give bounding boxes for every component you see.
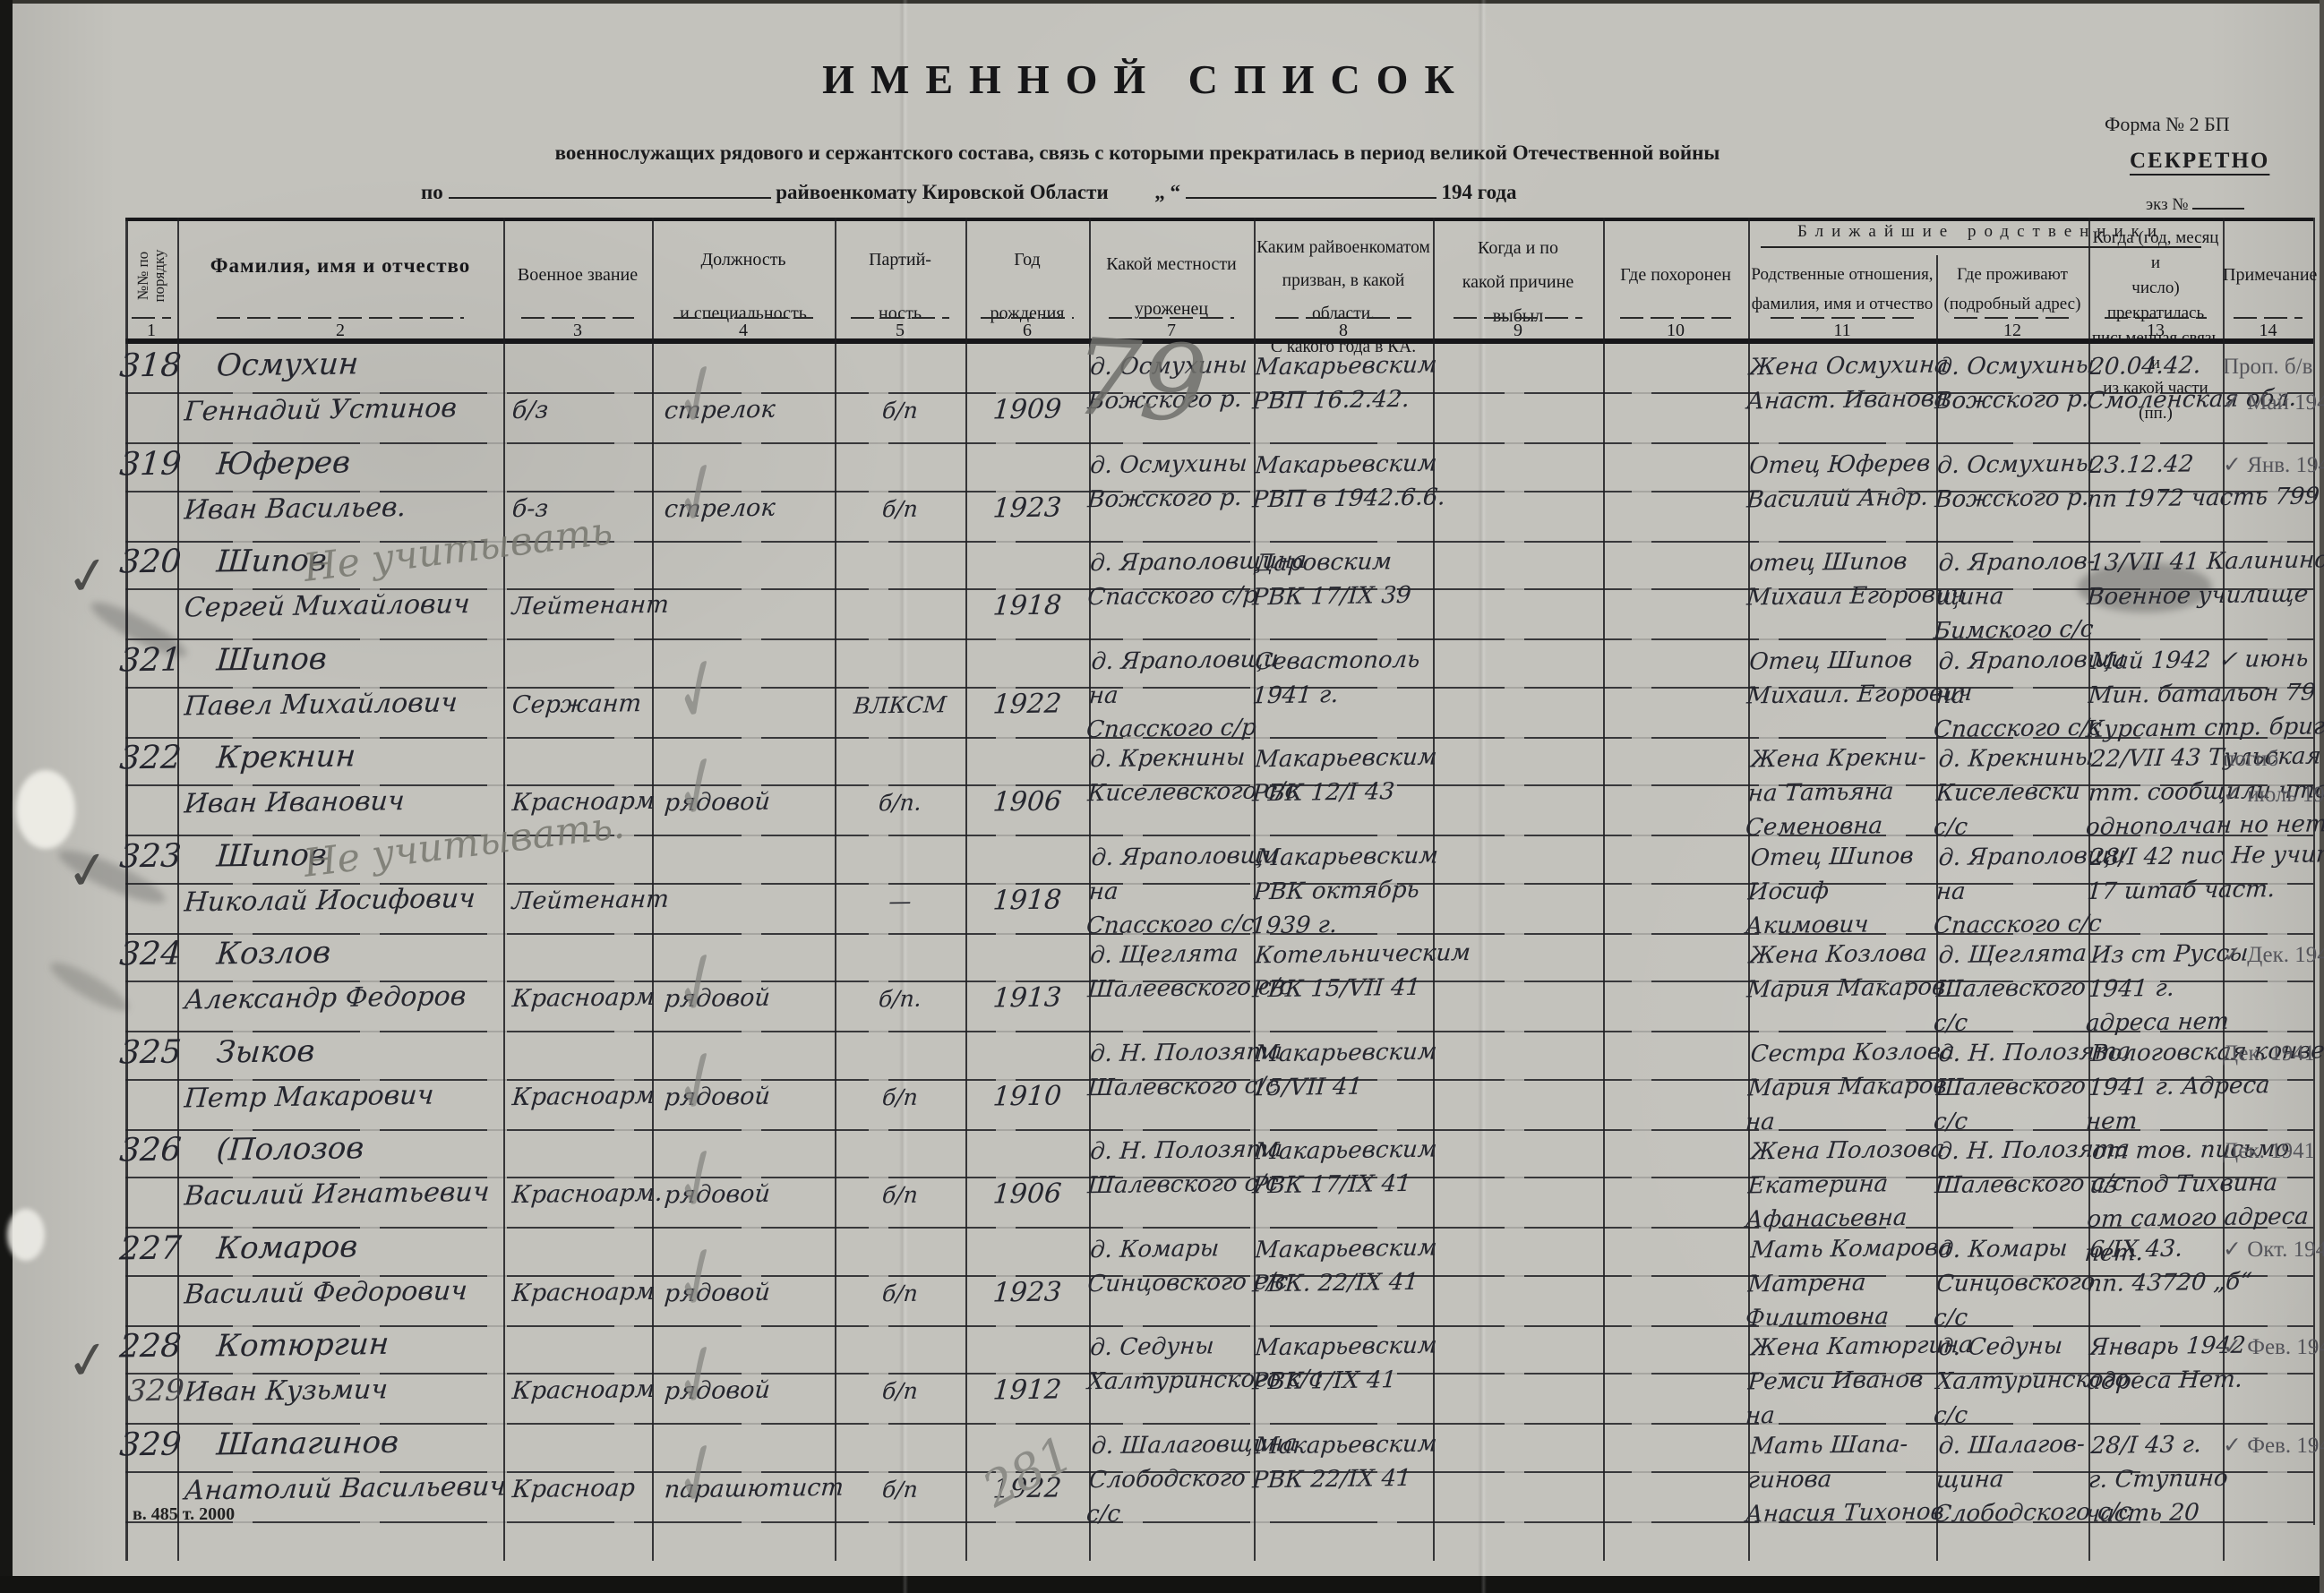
relative-name: Жена Козлова Мария Макаров. [1745,937,1939,1007]
birthplace: д. Щеглята Шалеевского с/с [1086,937,1256,1007]
row-number: 319 [116,445,184,483]
drafted-by: Даровским РВК 17/IX 39 [1251,544,1436,615]
drafted-by: Макарьевским РВП в 1942.6.6. [1251,447,1436,518]
pencil-checkmark: ✓ [664,1416,733,1532]
birthplace: д. Н. Полозята Шалевского с/с [1086,1035,1256,1106]
col-number: 14 [2223,321,2313,342]
last-contact: 22/VII 43 Тульская обл. тт. сообщили что… [2085,741,2227,844]
birthplace: д. Осмухины Вожского р. [1086,447,1256,518]
relative-name: Отец Шипов Михаил. Егорович [1745,643,1939,714]
line3-label: райвоенкомату Кировской Области [776,181,1108,203]
row-number: 322 [116,739,184,776]
given-names: Сергей Михайлович [184,587,512,623]
given-names: Александр Федоров [184,980,512,1015]
relative-name: Жена Осмухина Анаст. Иванова [1745,348,1939,419]
given-names: Павел Михайлович [184,686,512,722]
pencil-checkmark: ✓ [664,337,733,453]
table-row: ✓ 320 Шипов Не учитывать Сергей Михайлов… [125,542,2313,640]
birth-year: 1912 [965,1374,1091,1407]
col-number: 6 [965,321,1089,342]
relative-name: отец Шипов Михаил Егорович [1745,544,1939,615]
table-row: ✓ 228 329 Котюргин Иван Кузьмич Красноар… [125,1326,2313,1425]
table-top-rule [125,218,2313,221]
drafted-by: Макарьевским РВК 22/IX 41 [1251,1427,1436,1498]
birth-year: 1906 [965,1178,1091,1211]
birthplace: д. Седуны Халтуринского с/с [1086,1329,1256,1400]
birth-year: 1918 [965,884,1091,917]
birthplace: д. Комары Синцовского с/с [1086,1231,1256,1302]
note: Дек. 1941 [2223,1134,2313,1169]
party-status: ВЛКСМ [834,691,966,719]
pencil-checkmark: ✓ [664,729,733,845]
relative-address: д. Осмухины Вожского р. [1934,348,2091,418]
given-names: Василий Игнатьевич [184,1176,512,1212]
party-status: б/п [834,1181,966,1209]
row-number-stray: 329 [123,1372,190,1408]
line3-prefix: по [421,181,443,203]
scanned-document-page: ИМЕННОЙ СПИСОК военнослужащих рядового и… [0,0,2324,1593]
table-row: 321 Шипов Павел Михайлович Сержант ✓ ВЛК… [125,640,2313,739]
military-rank: Лейтенант [511,591,662,621]
row-number: 227 [116,1229,184,1267]
military-rank: Красноар [511,1474,662,1503]
col-number: 10 [1603,321,1748,342]
secrecy-stamp: СЕКРЕТНО [2130,149,2269,174]
blank-line [1186,179,1436,199]
relative-name: Отец Шипов Иосиф Акимович [1745,839,1941,944]
military-rank: Красноарм [511,983,662,1013]
given-names: Иван Васильев. [184,490,512,526]
military-rank: Красноарм [511,1375,662,1405]
drafted-by: Макарьевским РВК 12/I 43 [1251,741,1436,811]
surname: Осмухин [215,343,544,383]
relative-name: Жена Полозова Екатерина Афанасьевна [1745,1133,1941,1238]
last-contact: Январь 1942 адреса Нет. [2086,1329,2225,1399]
last-contact: 13/VII 41 Калининское Военное училище [2086,544,2225,614]
military-rank: Сержант [511,689,662,719]
birthplace: д. Крекнины Киселевского с/с [1086,741,1256,811]
surname: Шапагинов [215,1422,544,1462]
last-contact: Вологовская конверт. 1941 г. Адреса нет [2085,1035,2227,1139]
relative-address: д. Н. Полозята Шалевского с/с [1934,1133,2091,1203]
relative-name: Жена Крекни- на Татьяна Семеновна [1745,741,1941,845]
relative-name: Мать Шапа- гинова Анасия Тихонов [1745,1427,1941,1532]
drafted-by: Макарьевским РВП 16.2.42. [1251,348,1436,419]
surname: Комаров [215,1226,544,1266]
pencil-checkmark: ✓ [664,925,733,1041]
party-status: — [834,887,966,915]
table-row: ✓ 323 Шипов Не учитывать. Николай Иосифо… [125,836,2313,935]
given-names: Анатолий Васильевич [184,1470,512,1506]
party-status: б/п [834,397,966,424]
military-rank: б/з [511,395,662,424]
birthplace: д. Яраполовщи на Спасского с/р [1085,643,1258,748]
row-number: 324 [116,935,184,972]
note: ✓ Дек. 1941 [2223,938,2313,973]
col-header-10: Где похоронен [1603,265,1748,286]
given-names: Петр Макарович [184,1078,512,1114]
birth-year: 1923 [965,1276,1091,1309]
military-rank: Красноарм. [511,1179,662,1209]
line3-year: 194 года [1441,181,1516,203]
note: ✓ Янв. 1943. [2223,448,2313,484]
party-status: б/п. [834,985,966,1013]
note: ✓ Фев. 1942 [2223,1330,2313,1366]
party-status [835,593,965,595]
table-row: 318 Осмухин Геннадий Устинов б/з стрелок… [125,346,2313,444]
duty-specialty [665,591,847,594]
drafted-by: Макарьевским РВК 1/IX 41 [1251,1329,1436,1400]
col-header-14: Примечание [2223,265,2313,286]
last-contact: 20.04.42. Смоленская обл. [2086,348,2225,418]
document-line3: по райвоенкомату Кировской Области „ “ 1… [421,179,1693,204]
row-number: 323 [116,837,184,875]
table-row: 326 (Полозов Василий Игнатьевич Красноар… [125,1130,2313,1229]
given-names: Николай Иосифович [184,882,512,918]
document-title: ИМЕННОЙ СПИСОК [502,56,1791,103]
row-number: 329 [116,1426,184,1463]
scan-edge-left [0,0,13,1593]
birthplace: д. Яраполовщина Спасского с/р [1086,544,1256,615]
col-number: 3 [503,321,652,342]
drafted-by: Севастополь 1941 г. [1251,643,1436,714]
relative-address: д. Осмухины Вожского р. [1934,447,2091,517]
given-names: Василий Федорович [184,1274,512,1310]
table-row: 325 Зыков Петр Макарович Красноарм рядов… [125,1032,2313,1131]
relative-address: д. Комары Синцовского с/с [1933,1231,2093,1335]
last-contact: 28/I 43 г. г. Ступино часть 20 [2085,1427,2227,1531]
military-rank: Красноарм [511,1278,662,1307]
drafted-by: Макарьевским РВК. 22/IX 41 [1251,1231,1436,1302]
given-names: Иван Кузьмич [184,1372,512,1408]
party-status: б/п [834,1476,966,1503]
birth-year: 1922 [965,688,1091,721]
col-number: 11 [1748,321,1936,342]
print-run-mark: в. 485 т. 2000 [133,1504,235,1525]
col-number: 4 [652,321,835,342]
row-number: 326 [116,1131,184,1169]
relative-address: д. Яраполов- щина Бимского с/с [1933,544,2093,648]
table-row: 329 Шапагинов Анатолий Васильевич Красно… [125,1425,2313,1523]
blank-line [449,179,771,199]
surname: Крекнин [215,735,544,775]
birth-year: 1913 [965,981,1091,1015]
birth-year: 1906 [965,785,1091,818]
margin-checkmark: ✓ [63,837,115,904]
table-row: 227 Комаров Василий Федорович Красноарм … [125,1229,2313,1327]
surname: Котюргин [215,1323,544,1364]
last-contact: 28/I 42 пис Не учит. 17 штаб част. [2086,839,2225,909]
birth-year: 1918 [965,589,1091,622]
drafted-by: Макарьевским РВК октябрь 1939 г. [1250,839,1437,944]
birth-year: 1923 [965,492,1091,525]
last-contact: 6/IX 43. пп. 43720 „б“ [2086,1231,2225,1301]
table-header: №№ по порядку Фамилия, имя и отчество Во… [125,222,2313,340]
relative-name: Мать Комарова Матрена Филитовна [1745,1231,1941,1336]
col-number: 5 [835,321,965,342]
relative-address: д. Седуны Халтуринского с/с [1933,1329,2093,1433]
note: ✓ Фев. 1943 [2223,1428,2313,1464]
form-number: Форма № 2 БП [2105,113,2230,136]
scan-edge-top [0,0,2324,4]
surname: Зыков [215,1030,544,1070]
relative-address: д. Щеглята Шалевского с/с [1933,937,2093,1041]
table-row: 322 Крекнин Иван Иванович Красноарм рядо… [125,738,2313,836]
col-header-1: №№ по порядку [125,222,177,321]
row-number: 325 [116,1033,184,1071]
party-status: б/п [834,1280,966,1307]
relative-address: д. Крекнины Киселевски с/с [1933,741,2093,844]
col-header-2: Фамилия, имя и отчество [177,254,503,278]
party-status: б/п. [834,789,966,817]
relative-address: д. Яраполовщи на Спасского с/с [1933,643,2093,747]
row-number: 228 [116,1327,184,1365]
col-header-12: Где проживают (подробный адрес) [1936,260,2088,319]
paper-tear [16,770,75,849]
birthplace: д. Н. Полозята Шалевского с/с [1086,1133,1256,1203]
duty-specialty [665,886,847,888]
relative-address: д. Шалагов- щина Слободского с/с [1933,1427,2093,1531]
party-status: б/п [834,1377,966,1405]
military-rank: Лейтенант [511,886,662,915]
col-number: 2 [177,321,503,342]
col-header-8: Каким райвоенкоматом призван, в какой об… [1254,231,1433,364]
drafted-by: Макарьевским 15/VII 41 [1251,1035,1436,1106]
birthplace: д. Яраполовщи на Спасского с/с [1085,839,1258,944]
relative-address: д. Н. Полозята Шалевского с/с [1933,1035,2093,1139]
military-rank: Красноарм [511,1082,662,1111]
birthplace: д. Шалаговщина Слободского с/с [1085,1427,1258,1532]
drafted-by: Котельническим РВК 15/VII 41 [1251,937,1436,1007]
given-names: Геннадий Устинов [184,391,512,427]
party-status: б/п [834,1083,966,1111]
drafted-by: Макарьевским РВК 17/IX 41 [1251,1133,1436,1203]
margin-checkmark: ✓ [63,1327,115,1393]
party-status: б/п [834,495,966,523]
pencil-checkmark: ✓ [664,435,733,552]
surname: Шипов [215,638,544,678]
surname: Козлов [215,931,544,972]
relative-name: Сестра Козлова Мария Макаров на [1745,1035,1941,1140]
pencil-checkmark: ✓ [664,1121,733,1238]
paper-tear [7,1209,45,1261]
margin-checkmark: ✓ [63,543,115,609]
row-number: 318 [116,347,184,384]
last-contact: Май 1942 ✓ июнь Мин. батальон 79 1942. К… [2085,643,2227,747]
document-subtitle: военнослужащих рядового и сержантского с… [376,141,1899,165]
relative-name: Жена Катюргина Ремси Иванов на [1745,1329,1941,1434]
note: ✓ Окт. 1943 [2223,1232,2313,1268]
relative-address: д. Яраполовщи на Спасского с/с [1933,839,2093,943]
relative-name: Отец Юферев Василий Андр. [1745,447,1939,518]
col-number: 8 [1254,321,1433,342]
pencil-checkmark: ✓ [664,1317,733,1434]
col-number: 13 [2088,321,2223,342]
line3-quotes: „ “ [1154,181,1180,203]
col-number: 9 [1433,321,1603,342]
last-contact: Из ст Руссы 1941 г. адреса нет [2085,937,2227,1041]
col-header-3: Военное звание [503,265,652,286]
birth-year: 1910 [965,1080,1091,1113]
note: Проп. б/в ✓ Май 1942. [2223,349,2313,421]
surname: Юферев [215,441,544,482]
scan-edge-bottom [0,1576,2324,1593]
note: Дек. 1941 [2223,1036,2313,1072]
col-header-11: Родственные отношения, фамилия, имя и от… [1748,260,1936,319]
note: погиб ✓ июль 1943. [2223,741,2313,813]
given-names: Иван Иванович [184,784,512,819]
row-number: 321 [116,641,184,679]
pencil-page-number: 79 [1068,314,1211,447]
table-row: 324 Козлов Александр Федоров Красноарм р… [125,934,2313,1032]
row-number: 320 [116,543,184,580]
col-number: 12 [1936,321,2088,342]
last-contact: 23.12.42 пп 1972 часть 799 [2086,447,2225,517]
col-number: 1 [125,321,177,342]
surname: (Полозов [215,1127,544,1168]
copy-number: экз № [2146,190,2244,215]
